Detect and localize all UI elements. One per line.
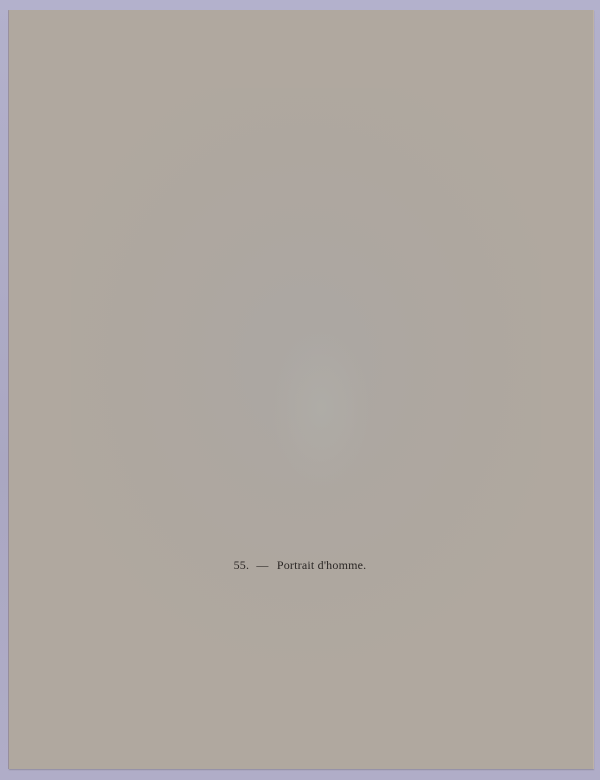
document-page [9, 10, 594, 769]
plate-number: 55. [234, 558, 250, 572]
plate-title: Portrait d'homme. [277, 558, 367, 572]
plate-caption: 55. — Portrait d'homme. [0, 558, 600, 573]
faint-portrait-impression [271, 328, 371, 488]
caption-dash: — [256, 558, 268, 572]
